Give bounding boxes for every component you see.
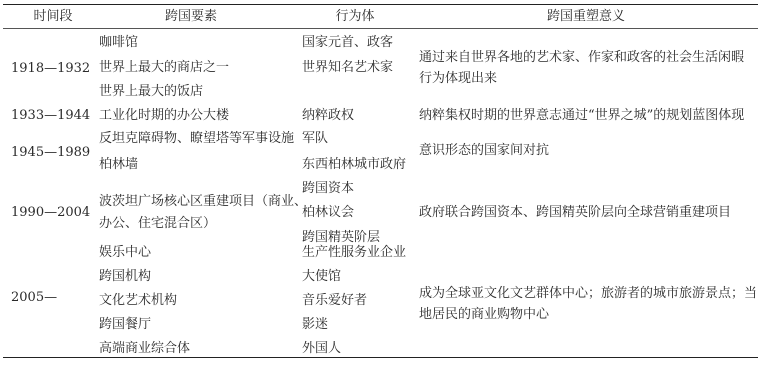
element-item: 跨国餐厅	[99, 316, 151, 333]
element-item: 世界上最大的商店之一	[99, 59, 229, 76]
period-cell: 1990—2004	[11, 204, 99, 221]
actor-item: 外国人	[302, 340, 341, 357]
element-item: 柏林墙	[99, 156, 138, 173]
header-actors: 行为体	[300, 8, 410, 25]
actor-item: 音乐爱好者	[302, 292, 367, 309]
table-top-rule	[3, 4, 758, 5]
element-item: 世界上最大的饭店	[99, 83, 203, 100]
actor-item: 跨国资本	[302, 180, 354, 197]
significance-line: 通过来自世界各地的艺术家、作家和政客的社会生活闲暇	[419, 49, 744, 66]
period-cell: 1945—1989	[11, 144, 99, 161]
element-item: 文化艺术机构	[99, 292, 177, 309]
header-elements: 跨国要素	[101, 8, 281, 25]
header-significance: 跨国重塑意义	[416, 8, 756, 25]
period-cell: 1933—1944	[11, 107, 99, 124]
actor-item: 影迷	[302, 316, 328, 333]
actor-item: 纳粹政权	[302, 107, 354, 124]
significance-line: 意识形态的国家间对抗	[419, 142, 549, 159]
actor-item: 世界知名艺术家	[302, 59, 393, 76]
significance-line: 政府联合跨国资本、跨国精英阶层向全球营销重建项目	[419, 204, 731, 221]
element-item: 咖啡馆	[99, 34, 138, 51]
significance-line: 成为全球亚文化文艺群体中心；旅游者的城市旅游景点；当	[419, 285, 757, 302]
element-item: 跨国机构	[99, 268, 151, 285]
significance-line: 行为体现出来	[419, 70, 497, 87]
actor-item: 大使馆	[302, 268, 341, 285]
table-bottom-rule	[3, 357, 758, 358]
significance-line: 地居民的商业购物中心	[419, 306, 549, 323]
actor-item: 柏林议会	[302, 204, 354, 221]
period-cell: 1918—1932	[11, 60, 99, 77]
element-item: 反坦克障碍物、瞭望塔等军事设施	[99, 130, 294, 147]
significance-line: 纳粹集权时期的世界意志通过“世界之城”的规划蓝图体现	[419, 107, 744, 124]
actor-item: 生产性服务业企业	[302, 244, 406, 261]
actor-item: 国家元首、政客	[302, 34, 393, 51]
element-item: 高端商业综合体	[99, 340, 190, 357]
element-item: 办公、住宅混合区）	[99, 215, 216, 232]
element-item: 娱乐中心	[99, 244, 151, 261]
element-item: 工业化时期的办公大楼	[99, 107, 229, 124]
header-period: 时间段	[3, 8, 103, 25]
period-cell: 2005—	[11, 289, 99, 306]
actor-item: 军队	[302, 130, 328, 147]
header-rule	[3, 28, 758, 29]
element-item: 波茨坦广场核心区重建项目（商业、	[99, 193, 307, 210]
actor-item: 东西柏林城市政府	[302, 156, 406, 173]
